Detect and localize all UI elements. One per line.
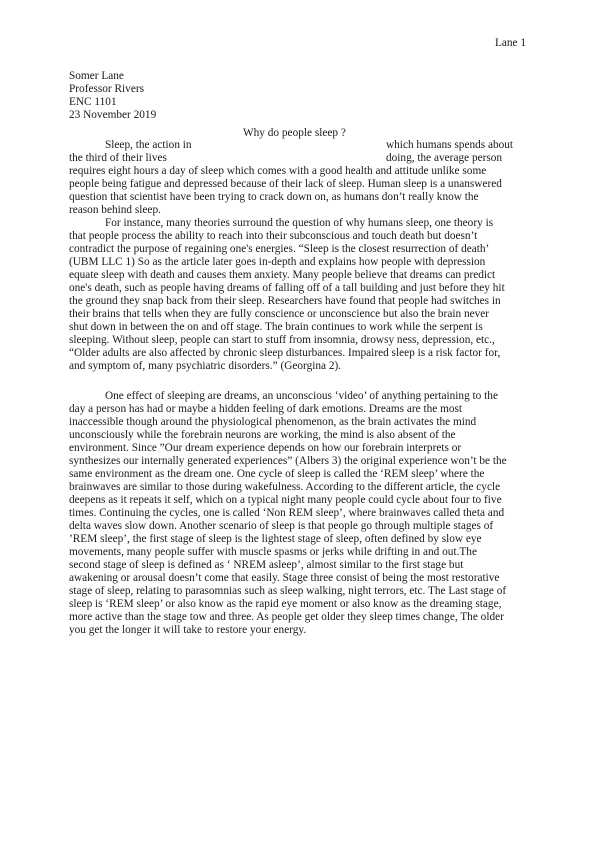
paragraph-3-line: inaccessible though around the physiolog… <box>69 416 476 429</box>
course-name: ENC 1101 <box>69 96 117 109</box>
paragraph-3-line: more active than the stage tow and three… <box>69 611 504 624</box>
paragraph-3-line: ’REM sleep’, the first stage of sleep is… <box>69 533 482 546</box>
paragraph-3-line: sleep is ‘REM sleep’ or also know as the… <box>69 598 501 611</box>
paragraph-3-line: environment. Since ”Our dream experience… <box>69 442 461 455</box>
paragraph-3-line: One effect of sleeping are dreams, an un… <box>105 390 498 403</box>
paragraph-3-line: times. Continuing the cycles, one is cal… <box>69 507 504 520</box>
running-head: Lane 1 <box>495 37 526 50</box>
paragraph-2-line: For instance, many theories surround the… <box>105 217 493 230</box>
paragraph-1-line-2-left: the third of their lives <box>69 152 167 165</box>
paragraph-3-line: movements, many people suffer with muscl… <box>69 546 477 559</box>
paragraph-2-line: one's death, such as people having dream… <box>69 282 505 295</box>
paragraph-3-line: delta waves slow down. Another scenario … <box>69 520 493 533</box>
paragraph-3-line: synthesizes our internally generated exp… <box>69 455 507 468</box>
paragraph-1-line: requires eight hours a day of sleep whic… <box>69 165 486 178</box>
paragraph-2-line: contradict the purpose of regaining one'… <box>69 243 489 256</box>
paragraph-1-line-2-right: doing, the average person <box>386 152 502 165</box>
paragraph-3-line: same environment as the dream one. One c… <box>69 468 484 481</box>
paragraph-1-line: reason behind sleep. <box>69 204 161 217</box>
paragraph-2-line: sleeping. Without sleep, people can star… <box>69 334 495 347</box>
paragraph-2-line: that people process the ability to reach… <box>69 230 477 243</box>
paragraph-2-line: shut down in between the on and off stag… <box>69 321 483 334</box>
author-name: Somer Lane <box>69 70 124 83</box>
paragraph-3-line: brainwaves are similar to those during w… <box>69 481 500 494</box>
paragraph-2-line: equate sleep with death and causes them … <box>69 269 495 282</box>
paragraph-2-line: their brains that tells when they are fu… <box>69 308 489 321</box>
instructor-name: Professor Rivers <box>69 83 144 96</box>
paragraph-3-line: deepens as it repeats it self, which on … <box>69 494 502 507</box>
paragraph-1-line: people being fatigue and depressed becau… <box>69 178 502 191</box>
paragraph-3-line: stage of sleep, relating to parasomnias … <box>69 585 506 598</box>
paragraph-3-line: unconsciously while the forebrain neuron… <box>69 429 456 442</box>
paragraph-3-line: you get the longer it will take to resto… <box>69 624 306 637</box>
paragraph-2-line: (UBM LLC 1) So as the article later goes… <box>69 256 485 269</box>
paragraph-2-line: the ground they snap back from their sle… <box>69 295 501 308</box>
essay-title: Why do people sleep ? <box>243 127 346 140</box>
paragraph-1-line: question that scientist have been trying… <box>69 191 479 204</box>
paragraph-2-line: “Older adults are also affected by chron… <box>69 347 500 360</box>
paragraph-3-line: awakening or arousal doesn’t come that e… <box>69 572 499 585</box>
paragraph-2-line: and symptom of, many psychiatric disorde… <box>69 360 341 373</box>
paragraph-1-line-1-left: Sleep, the action in <box>105 139 192 152</box>
date: 23 November 2019 <box>69 109 156 122</box>
paragraph-3-line: day a person has had or maybe a hidden f… <box>69 403 462 416</box>
paragraph-1-line-1-right: which humans spends about <box>386 139 513 152</box>
document-page: Lane 1 Somer Lane Professor Rivers ENC 1… <box>0 0 595 842</box>
paragraph-3-line: second stage of sleep is defined as ‘ NR… <box>69 559 463 572</box>
